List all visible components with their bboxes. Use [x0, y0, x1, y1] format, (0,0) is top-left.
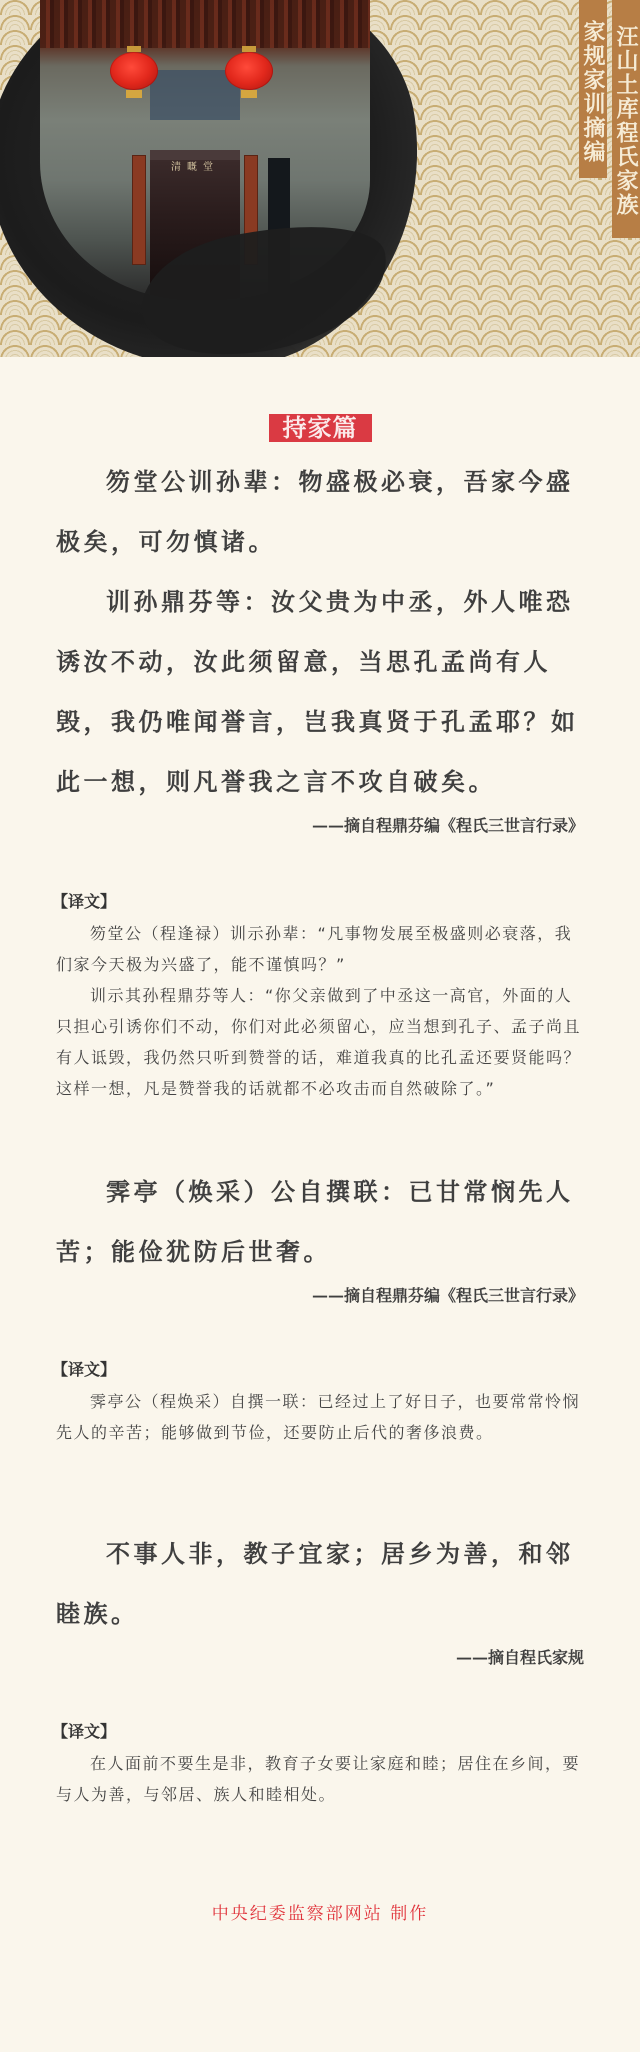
- title-strip: 汪山土库程氏家族: [612, 0, 640, 238]
- quote-text: 霁亭（焕采）公自撰联：已甘常悯先人苦；能俭犹防后世奢。: [56, 1162, 584, 1282]
- translation-paragraph: 训示其孙程鼎芬等人：“你父亲做到了中丞这一高官，外面的人只担心引诱你们不动，你们…: [56, 980, 584, 1104]
- entry-3: 不事人非，教子宜家；居乡为善，和邻睦族。 ——摘自程氏家规 【译文】 在人面前不…: [56, 1524, 584, 1810]
- quote-source: ——摘自程氏家规: [56, 1646, 584, 1670]
- footer-credit: 中央纪委监察部网站 制作: [212, 1904, 428, 1924]
- translation-label: 【译文】: [52, 1358, 584, 1382]
- red-lantern-icon: [225, 52, 273, 90]
- footer: 中央纪委监察部网站 制作: [0, 1902, 640, 1940]
- article-body: 持家篇 笏堂公训孙辈：物盛极必衰，吾家今盛极矣，可勿慎诸。 训孙鼎芬等：汝父贵为…: [0, 357, 640, 1810]
- quote-text: 训孙鼎芬等：汝父贵为中丞，外人唯恐诱汝不动，汝此须留意，当思孔孟尚有人毁，我仍唯…: [56, 572, 584, 812]
- quote-source: ——摘自程鼎芬编《程氏三世言行录》: [56, 1284, 584, 1308]
- entry-2: 霁亭（焕采）公自撰联：已甘常悯先人苦；能俭犹防后世奢。 ——摘自程鼎芬编《程氏三…: [56, 1162, 584, 1448]
- entry-1: 笏堂公训孙辈：物盛极必衰，吾家今盛极矣，可勿慎诸。 训孙鼎芬等：汝父贵为中丞，外…: [56, 452, 584, 1104]
- red-lantern-icon: [110, 52, 158, 90]
- section-heading: 持家篇: [269, 414, 372, 442]
- translation-paragraph: 霁亭公（程焕采）自撰一联：已经过上了好日子，也要常常怜悯先人的辛苦；能够做到节俭…: [56, 1386, 584, 1448]
- translation-paragraph: 笏堂公（程逢禄）训示孙辈：“凡事物发展至极盛则必衰落，我们家今天极为兴盛了，能不…: [56, 918, 584, 980]
- translation-paragraph: 在人面前不要生是非，教育子女要让家庭和睦；居住在乡间，要与人为善，与邻居、族人和…: [56, 1748, 584, 1810]
- carved-beam: [40, 0, 370, 48]
- section-heading-wrap: 持家篇: [56, 357, 584, 442]
- translation-label: 【译文】: [52, 1720, 584, 1744]
- translation-label: 【译文】: [52, 890, 584, 914]
- quote-text: 笏堂公训孙辈：物盛极必衰，吾家今盛极矣，可勿慎诸。: [56, 452, 584, 572]
- door-sign: 清嘅堂: [152, 158, 238, 172]
- quote-source: ——摘自程鼎芬编《程氏三世言行录》: [56, 814, 584, 838]
- hero-banner: 清嘅堂 家规家训摘编 汪山土库程氏家族: [0, 0, 640, 357]
- door-couplet-left: [132, 155, 146, 265]
- quote-text: 不事人非，教子宜家；居乡为善，和邻睦族。: [56, 1524, 584, 1644]
- subtitle-strip: 家规家训摘编: [579, 0, 607, 178]
